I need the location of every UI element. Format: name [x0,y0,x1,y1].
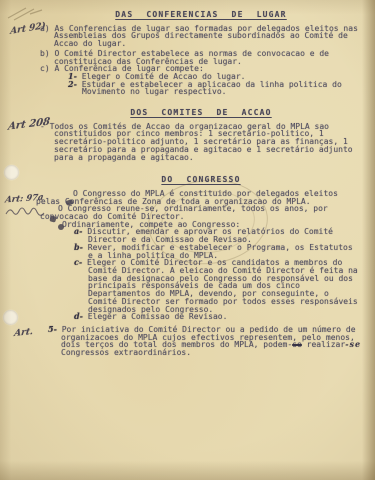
extraordinario-marker: 5- [48,324,57,334]
paragraph-conferencias-a: a) As Conferencias de lugar sao formadas… [40,25,362,48]
congresso-item-d: d- Eleger a Comissao de Revisao. [74,313,362,321]
paragraph-congresso-2: O Congresso reune-se, ordinariamente, to… [40,205,362,220]
congresso-item-a-marker: a- [74,226,83,236]
congresso-item-c-text: Eleger o Comité Director e os candidatos… [87,258,358,313]
paragraph-extraordinario: 5- Por iniciativa do Comité Director ou … [48,326,362,357]
document-body: DAS CONFERENCIAS DE LUGAR a) As Conferen… [40,11,362,357]
paragraph-comites: - Todos os Comités de Accao da organizac… [40,123,362,162]
hole-punch [3,310,18,325]
congresso-item-b-marker: b- [74,242,83,252]
paragraph-conferencias-b: b) O Comité Director estabelece as norma… [40,50,362,65]
congresso-item-a-text: Discutir, emendar e aprovar os relatório… [87,227,333,244]
handwritten-insertion: -se [345,339,361,349]
congresso-item-a: a- Discutir, emendar e aprovar os relató… [74,228,362,243]
congresso-item-b: b- Rever, modificar e estabelecer o Prog… [74,244,362,259]
section-heading-congresso: DO CONGRESSO [40,176,362,184]
struck-word: se [292,340,302,349]
congresso-item-c: c- Eleger o Comité Director e os candida… [74,259,362,313]
section-heading-conferencias: DAS CONFERENCIAS DE LUGAR [40,11,362,19]
subitem-2-marker: 2- [68,79,77,89]
subitem-2: 2- Estudar e estabelecer a aplicacao da … [68,81,362,96]
hole-punch [4,165,19,180]
scanned-document-page: Art 92) Art 208 Art: 97a Art. DAS CONFER… [0,0,375,480]
extraordinario-text-post: Congressos extraordinários. [61,348,191,357]
extraordinario-text-mid: realizar [302,340,345,349]
congresso-item-d-marker: d- [74,311,83,321]
subitem-2-text: Estudar e estabelecer a aplicacao da lin… [82,80,342,97]
margin-note-art-5: Art. [13,328,33,339]
congresso-item-d-text: Eleger a Comissao de Revisao. [88,312,228,321]
section-heading-comites: DOS COMITES DE ACCAO [40,109,362,117]
congresso-item-c-marker: c- [74,257,82,267]
